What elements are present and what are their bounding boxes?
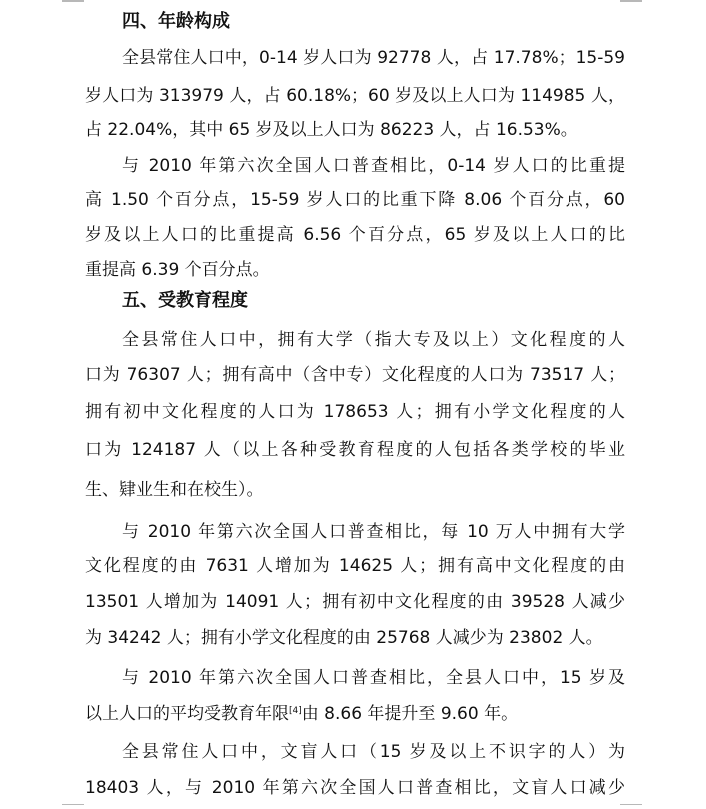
paragraph-line: 与 2010 年第六次全国人口普查相比，0-14 岁人口的比重提: [122, 155, 625, 177]
paragraph-line: 生、肄业生和在校生）。: [85, 479, 625, 501]
paragraph-line: 全县常住人口中，文盲人口（15 岁及以上不识字的人）为: [122, 741, 625, 763]
paragraph-line: 口为 124187 人（以上各种受教育程度的人包括各类学校的毕业: [85, 439, 625, 461]
paragraph-line: 13501 人增加为 14091 人；拥有初中文化程度的由 39528 人减少: [85, 591, 625, 613]
section-heading-age: 四、年龄构成: [122, 11, 230, 33]
paragraph-line: 全县常住人口中，拥有大学（指大专及以上）文化程度的人: [122, 329, 625, 351]
document-page: 四、年龄构成 全县常住人口中，0-14 岁人口为 92778 人，占 17.78…: [0, 0, 706, 809]
line-text: 以上人口的平均受教育年限: [85, 704, 289, 724]
paragraph-line: 岁及以上人口的比重提高 6.56 个百分点，65 岁及以上人口的比: [85, 224, 625, 246]
line-text: 由 8.66 年提升至 9.60 年。: [302, 704, 518, 724]
paragraph-line: 重提高 6.39 个百分点。: [85, 259, 625, 281]
paragraph-line: 岁人口为 313979 人，占 60.18%；60 岁及以上人口为 114985…: [85, 85, 625, 107]
corner-mark-top-right: [620, 0, 642, 2]
section-heading-education: 五、受教育程度: [122, 290, 248, 312]
paragraph-line: 18403 人，与 2010 年第六次全国人口普查相比，文盲人口减少: [85, 777, 625, 799]
paragraph-line: 文化程度的由 7631 人增加为 14625 人；拥有高中文化程度的由: [85, 555, 625, 577]
paragraph-line: 占 22.04%，其中 65 岁及以上人口为 86223 人，占 16.53%。: [85, 119, 625, 141]
paragraph-line: 与 2010 年第六次全国人口普查相比，全县人口中，15 岁及: [122, 667, 625, 689]
paragraph-line: 口为 76307 人；拥有高中（含中专）文化程度的人口为 73517 人；: [85, 364, 625, 386]
paragraph-line: 高 1.50 个百分点，15-59 岁人口的比重下降 8.06 个百分点，60: [85, 189, 625, 211]
footnote-reference[interactable]: [4]: [289, 706, 302, 716]
paragraph-line: 以上人口的平均受教育年限[4]由 8.66 年提升至 9.60 年。: [85, 703, 625, 725]
corner-mark-bottom-left: [62, 804, 84, 805]
paragraph-line: 与 2010 年第六次全国人口普查相比，每 10 万人中拥有大学: [122, 521, 625, 543]
paragraph-line: 全县常住人口中，0-14 岁人口为 92778 人，占 17.78%；15-59: [122, 47, 625, 69]
paragraph-line: 拥有初中文化程度的人口为 178653 人；拥有小学文化程度的人: [85, 401, 625, 423]
corner-mark-top-left: [62, 0, 84, 2]
paragraph-line: 为 34242 人；拥有小学文化程度的由 25768 人减少为 23802 人。: [85, 627, 625, 649]
corner-mark-bottom-right: [620, 804, 642, 805]
